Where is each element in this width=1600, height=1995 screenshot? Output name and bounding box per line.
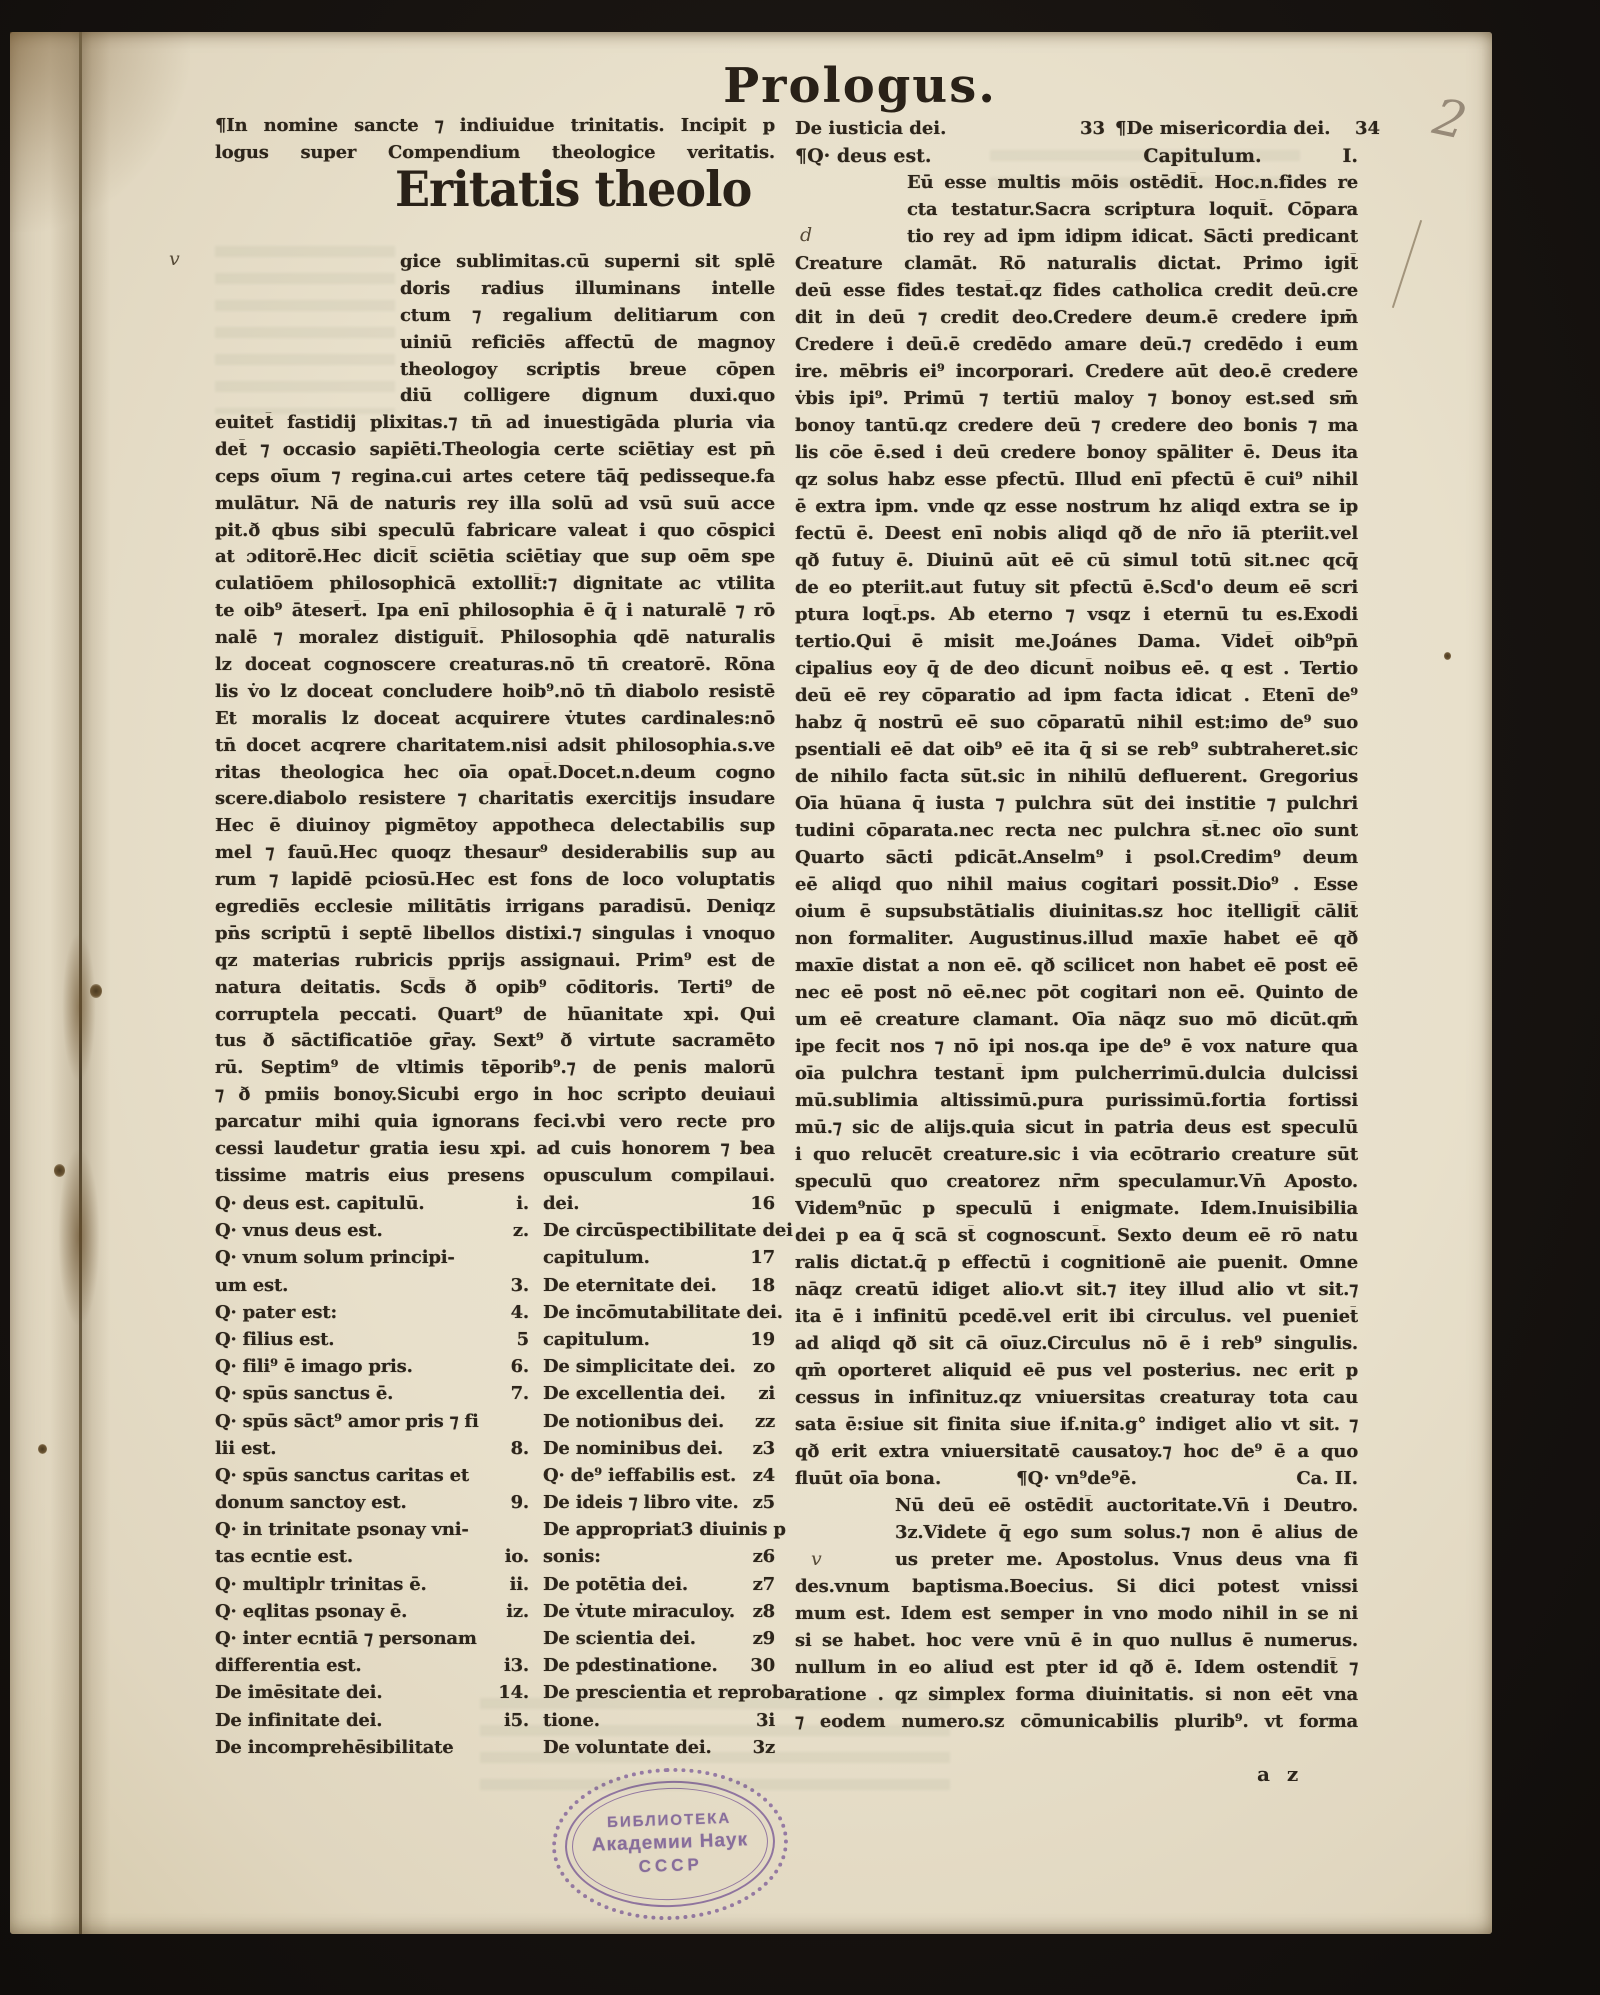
text-line: nalē ⁊ moralez distiguit̄. Philosophia q… [215, 627, 775, 654]
index-entry: De excellentia dei. [529, 1383, 735, 1410]
index-chapter-number: z9 [735, 1628, 775, 1655]
wormhole [38, 1444, 47, 1454]
index-row: lii est.8.De nominibus dei.z3 [215, 1438, 775, 1465]
index-row: Q· spūs sanctus ē.7.De excellentia dei.z… [215, 1383, 775, 1410]
stamp-line-3: СССР [592, 1854, 749, 1879]
index-entry: De incōmutabilitate dei. [529, 1302, 735, 1329]
text-line: lz doceat cognoscere creaturas.nō tn̄ cr… [215, 654, 775, 681]
chapter-2-heading-row: fluūt oīa bona. ¶Q· vn⁹de⁹ē. Ca. II. [795, 1468, 1358, 1495]
index-entry: dei. [529, 1193, 735, 1220]
index-chapter-number: io. [483, 1546, 529, 1573]
index-entry: De iusticia dei. [795, 118, 1020, 145]
text-line: Oīa hūana q̄ iusta ⁊ pulchra sūt dei ins… [795, 793, 1358, 820]
index-entry: De incomprehēsibilitate [215, 1737, 483, 1764]
chapter-number: I. [1310, 145, 1358, 172]
index-entry: donum sanctoy est. [215, 1492, 483, 1519]
text-line: te oib⁹ ātesert̄. Ipa enī philosophia ē … [215, 600, 775, 627]
index-chapter-number: 33 [1020, 118, 1105, 145]
stamp-line-2: Академии Наук [592, 1830, 749, 1857]
index-chapter-number: i. [483, 1193, 529, 1220]
index-entry: Q· filius est. [215, 1329, 483, 1356]
text-line: non formaliter. Augustinus.illud maxīe h… [795, 928, 1358, 955]
index-entry: Q· in trinitate psonay vni- [215, 1519, 483, 1546]
index-chapter-number [735, 1519, 775, 1546]
index-chapter-number [735, 1302, 775, 1329]
text-line: cipalius eoy q̄ de deo dicunt̄ noibus eē… [795, 658, 1358, 685]
index-chapter-number: 14. [483, 1682, 529, 1709]
text-line: oium ē supsubstātialis diuinitas.sz hoc … [795, 901, 1358, 928]
text-line: i quo relucēt creature.sic i via ecōtrar… [795, 1144, 1358, 1171]
index-chapter-number [483, 1411, 529, 1438]
text-line: bonoy tantū.qz credere deū ⁊ credere deo… [795, 415, 1358, 442]
text-line: ad aliqd qð sit cā oīuz.Circulus nō ē i … [795, 1333, 1358, 1360]
index-entry: lii est. [215, 1438, 483, 1465]
index-entry: sonis: [529, 1546, 735, 1573]
text-line: deū eē rey cōparatio ad ipm facta idicat… [795, 685, 1358, 712]
index-row: Q· in trinitate psonay vni-De appropriat… [215, 1519, 775, 1546]
book-page: Prologus. 2 ¶In nomine sancte ⁊ indiuidu… [10, 32, 1492, 1934]
index-row: Q· multiplr trinitas ē.ii.De potētia dei… [215, 1574, 775, 1601]
index-chapter-number: 34 [1355, 118, 1380, 145]
stamp-line-1: БИБЛИОТЕКА [591, 1809, 748, 1832]
paper-speck [1444, 652, 1451, 660]
text-line: ē extra ipm. vnde qz esse nostrum hz ali… [795, 496, 1358, 523]
text-line: Quarto sācti pdicāt.Anselm⁹ i psol.Credi… [795, 847, 1358, 874]
index-row: Q· vnum solum principi-capitulum.17 [215, 1247, 775, 1274]
guide-letter-v: v [811, 1548, 822, 1570]
index-row: Q· fili⁹ ē imago pris.6.De simplicitate … [215, 1356, 775, 1383]
text-line: ratione . qz simplex forma diuinitatis. … [795, 1684, 1358, 1711]
text-line: ritas theologica hec oīa opat̄.Docet.n.d… [215, 762, 775, 789]
index-chapter-number [735, 1220, 775, 1247]
stamp-serrated-border: БИБЛИОТЕКА Академии Наук СССР [549, 1764, 790, 1924]
text-line: ire. mēbris ei⁹ incorporari. Credere aūt… [795, 361, 1358, 388]
index-entry: De v̇tute miraculoy. [529, 1601, 735, 1628]
text-line: speculū quo creatorez nr̄m speculamur.Vn… [795, 1171, 1358, 1198]
crease-damage-blot [58, 1147, 100, 1327]
index-continuation-row: De iusticia dei. 33 ¶De misericordia dei… [795, 118, 1358, 145]
chapter-index: Q· deus est. capitulū.i.dei.16Q· vnus de… [215, 1193, 775, 1764]
text-line: Videm⁹nūc p speculū i enigmate. Idem.Inu… [795, 1198, 1358, 1225]
text-line: tus ð sāctificatiōe gr̄ay. Sext⁹ ð virtu… [215, 1030, 775, 1057]
index-entry: De potētia dei. [529, 1574, 735, 1601]
index-row: Q· filius est.5capitulum.19 [215, 1329, 775, 1356]
text-line: oīa pulchra testant̄ ipm pulcherrimū.dul… [795, 1063, 1358, 1090]
index-entry: De simplicitate dei. [529, 1356, 735, 1383]
index-entry: De notionibus dei. [529, 1411, 735, 1438]
text-line: Nū deū eē ostēdit̄ auctoritate.Vn̄ i Deu… [895, 1495, 1358, 1522]
index-entry: De ideis ⁊ libro vite. [529, 1492, 735, 1519]
index-row: Q· inter ecntiā ⁊ personamDe scientia de… [215, 1628, 775, 1655]
text-line: qð erit extra vniuersitatē causatoy.⁊ ho… [795, 1441, 1358, 1468]
text-line: Creature clamāt. Rō naturalis dictat. Pr… [795, 253, 1358, 280]
index-chapter-number [483, 1628, 529, 1655]
index-chapter-number: z. [483, 1220, 529, 1247]
text-line: diū colligere dignum duxi.quo [400, 385, 775, 412]
crease-damage-blot [62, 932, 96, 1082]
chapter-title: ¶Q· deus est. [795, 145, 1095, 172]
guide-letter-d: d [800, 224, 812, 246]
index-chapter-number: 17 [735, 1247, 775, 1274]
text-line: habz q̄ nostrū eē suo cōparatū nihil est… [795, 712, 1358, 739]
text-line: gice sublimitas.cū superni sit splē [400, 251, 775, 278]
text-line: Hec ē diuinoy pigmētoy appotheca delecta… [215, 815, 775, 842]
text-line: lis v̇o lz doceat concludere hoib⁹.nō tn… [215, 681, 775, 708]
opening-display-word: Eritatis theolo [395, 161, 751, 218]
index-chapter-number: z3 [735, 1438, 775, 1465]
index-chapter-number: 5 [483, 1329, 529, 1356]
text-line: dei p ea q̄ scā st̄ cognoscunt̄. Sexto d… [795, 1225, 1358, 1252]
index-chapter-number: i5. [483, 1710, 529, 1737]
text-line: Et moralis lz doceat acquirere v̇tutes c… [215, 708, 775, 735]
index-row: Q· spūs sanctus caritas etQ· de⁹ ieffabi… [215, 1465, 775, 1492]
text-line: de nihilo facta sūt.sic in nihilū deflue… [795, 766, 1358, 793]
index-chapter-number [483, 1465, 529, 1492]
stamp-inner-ring: БИБЛИОТЕКА Академии Наук СССР [570, 1785, 770, 1904]
text-line: ralis dictat.q̄ p effectū i cognitionē a… [795, 1252, 1358, 1279]
text-line: qð futuy ē. Diuinū aūt eē cū simul totū … [795, 550, 1358, 577]
binding-crease [79, 32, 82, 1934]
index-chapter-number [483, 1737, 529, 1764]
index-chapter-number: z7 [735, 1574, 775, 1601]
text-line: nāqz creatū idiget alio.vt sit.⁊ itey il… [795, 1279, 1358, 1306]
text-line: scere.diabolo resistere ⁊ charitatis exe… [215, 788, 775, 815]
text-line: 3z.Videte q̄ ego sum solus.⁊ non ē alius… [895, 1522, 1358, 1549]
text-line: uiniū reficiēs affectū de magnoy [400, 332, 775, 359]
text-line: tn̄ docet acqrere charitatem.nisi adsit … [215, 735, 775, 762]
text-line: cta testatur.Sacra scriptura loquit̄. Cō… [907, 199, 1358, 226]
text-line: ctum ⁊ regalium delitiarum con [400, 305, 775, 332]
index-entry: De nominibus dei. [529, 1438, 735, 1465]
index-entry: capitulum. [529, 1247, 735, 1274]
index-entry: Q· vnus deus est. [215, 1220, 483, 1247]
left-text-column: ¶In nomine sancte ⁊ indiuidue trinitatis… [215, 32, 775, 1934]
index-chapter-number: 3i [735, 1710, 775, 1737]
guide-letter-v: v [169, 248, 180, 270]
index-entry: Q· fili⁹ ē imago pris. [215, 1356, 483, 1383]
text-line: qz materias rubricis pprijs assignaui. P… [215, 950, 775, 977]
index-chapter-number: zz [735, 1411, 775, 1438]
index-entry: De voluntate dei. [529, 1737, 735, 1764]
text-line: culatiōem philosophicā extollit̄:⁊ digni… [215, 573, 775, 600]
index-chapter-number: z5 [735, 1492, 775, 1519]
text-line: Credere i deū.ē credēdo amare deū.⁊ cred… [795, 334, 1358, 361]
text-line: de eo pteriit.aut futuy sit pfectū ē.Scd… [795, 577, 1358, 604]
index-entry: differentia est. [215, 1655, 483, 1682]
text-line: mū.⁊ sic de alijs.quia sicut in patria d… [795, 1117, 1358, 1144]
index-chapter-number: iz. [483, 1601, 529, 1628]
index-row: Q· pater est:4.De incōmutabilitate dei. [215, 1302, 775, 1329]
index-entry: Q· vnum solum principi- [215, 1247, 483, 1274]
prologue-body-lines: euitet̄ fastidij plixitas.⁊ tn̄ ad inues… [215, 412, 775, 1192]
index-chapter-number: 19 [735, 1329, 775, 1356]
index-chapter-number [483, 1247, 529, 1274]
text-line: natura deitatis. Scd̄s ð opib⁹ cōditoris… [215, 977, 775, 1004]
index-chapter-number: zi [735, 1383, 775, 1410]
index-row: De infinitate dei.i5.tione.3i [215, 1710, 775, 1737]
index-entry: tas ecntie est. [215, 1546, 483, 1573]
text-line: mū.sublimia altissimū.pura purissimū.for… [795, 1090, 1358, 1117]
index-row: Q· vnus deus est.z.De circūspectibilitat… [215, 1220, 775, 1247]
text-line: cessus in infinituz.qz vniuersitas creat… [795, 1387, 1358, 1414]
text-line: ⁊ eodem numero.sz cōmunicabilis plurib⁹.… [795, 1711, 1358, 1738]
index-entry: Q· spūs sanctus ē. [215, 1383, 483, 1410]
text-line: eē aliqd quo nihil maius cogitari possit… [795, 874, 1358, 901]
text-line: lis cōe ē.sed i deū credere bonoy spālit… [795, 442, 1358, 469]
text-line: Eū esse multis mōis ostēdit̄. Hoc.n.fide… [907, 172, 1358, 199]
binding-gutter-shadow [50, 32, 110, 1934]
text-line: pn̄s scriptū i septē libellos distixi.⁊ … [215, 923, 775, 950]
stamp-outer-ring: БИБЛИОТЕКА Академии Наук СССР [563, 1777, 777, 1910]
index-row: Q· eqlitas psonay ē.iz.De v̇tute miracul… [215, 1601, 775, 1628]
text-line: si se habet. hoc vere vnū ē in quo nullu… [795, 1630, 1358, 1657]
wormhole [54, 1164, 65, 1177]
chapter-1-body-lines: Creature clamāt. Rō naturalis dictat. Pr… [795, 253, 1358, 1468]
chapter-2-indented-lines: Nū deū eē ostēdit̄ auctoritate.Vn̄ i Deu… [895, 1495, 1358, 1576]
chapter-1-heading: ¶Q· deus est. Capitulum. I. [795, 145, 1358, 172]
index-entry: capitulum. [529, 1329, 735, 1356]
index-row: donum sanctoy est.9.De ideis ⁊ libro vit… [215, 1492, 775, 1519]
index-chapter-number: zo [735, 1356, 775, 1383]
library-stamp: БИБЛИОТЕКА Академии Наук СССР [549, 1764, 790, 1924]
text-line: mel ⁊ fauū.Hec quoqz thesaur⁹ desiderabi… [215, 842, 775, 869]
text-line: tertio.Qui ē misit me.Joánes Dama. Videt… [795, 631, 1358, 658]
text-line: corruptela peccati. Quart⁹ de hūanitate … [215, 1004, 775, 1031]
text-line: ptura loqt̄.ps. Ab eterno ⁊ vsqz i etern… [795, 604, 1358, 631]
text-line: dit in deū ⁊ credit deo.Credere deum.ē c… [795, 307, 1358, 334]
text-line: parcatur mihi quia ignorans feci.vbi ver… [215, 1111, 775, 1138]
signature-mark: a z [1257, 1762, 1298, 1786]
text-line: qm̄ oporteret aliquid eē pus vel posteri… [795, 1360, 1358, 1387]
text-line: rum ⁊ lapidē pciosū.Hec est fons de loco… [215, 869, 775, 896]
index-entry: Q· de⁹ ieffabilis est. [529, 1465, 735, 1492]
index-row: De incomprehēsibilitateDe voluntate dei.… [215, 1737, 775, 1764]
chapter-title: ¶Q· vn⁹de⁹ē. [990, 1468, 1163, 1495]
text-line: deū esse fides testat̄.qz fides catholic… [795, 280, 1358, 307]
index-entry: De imēsitate dei. [215, 1682, 483, 1709]
index-entry: Q· eqlitas psonay ē. [215, 1601, 483, 1628]
index-chapter-number: i3. [483, 1655, 529, 1682]
text-line: pit.ð qbus sibi speculū fabricare valeat… [215, 520, 775, 547]
text-line: tudini cōparata.nec recta nec pulchra st… [795, 820, 1358, 847]
text-line: tissime matris eius presens opusculum co… [215, 1165, 775, 1192]
text-line: ¶In nomine sancte ⁊ indiuidue trinitatis… [215, 115, 775, 142]
index-entry: Q· spūs sanctus caritas et [215, 1465, 483, 1492]
page-corner-stain [10, 32, 190, 232]
index-chapter-number: ii. [483, 1574, 529, 1601]
index-row: Q· spūs sāct⁹ amor pris ⁊ fiDe notionibu… [215, 1411, 775, 1438]
text-line: at ɔditorē.Hec dicit̄ sciētia sciētiay q… [215, 546, 775, 573]
index-entry: De scientia dei. [529, 1628, 735, 1655]
index-chapter-number: 4. [483, 1302, 529, 1329]
text-line: psentiali eē dat oib⁹ eē ita q̄ si se re… [795, 739, 1358, 766]
text-line: ⁊ ð pmiis bonoy.Sicubi ergo in hoc scrip… [215, 1084, 775, 1111]
index-entry: Q· spūs sāct⁹ amor pris ⁊ fi [215, 1411, 483, 1438]
index-entry: Q· inter ecntiā ⁊ personam [215, 1628, 483, 1655]
text-line: qz solus habz esse pfectū. Illud enī pfe… [795, 469, 1358, 496]
text-line: cessi laudetur gratia iesu xpi. ad cuis … [215, 1138, 775, 1165]
index-entry: Q· multiplr trinitas ē. [215, 1574, 483, 1601]
text-line: mulātur. Nā de naturis rey illa solū ad … [215, 493, 775, 520]
index-entry: De circūspectibilitate dei [529, 1220, 735, 1247]
text-line: fectū ē. Deest enī nobis aliqd qð de nr̄… [795, 523, 1358, 550]
folio-number-handwritten: 2 [1428, 87, 1471, 150]
index-row: tas ecntie est.io.sonis:z6 [215, 1546, 775, 1573]
text-line: sata ē:siue sit finita siue if.nita.g° i… [795, 1414, 1358, 1441]
text-line: theologoy scriptis breue cōpen [400, 359, 775, 386]
index-row: um est.3.De eternitate dei.18 [215, 1275, 775, 1302]
chapter-label: Capitulum. [1095, 145, 1310, 172]
chapter-1-indented-lines: Eū esse multis mōis ostēdit̄. Hoc.n.fide… [907, 172, 1358, 253]
index-chapter-number: 30 [735, 1655, 775, 1682]
index-chapter-number: 3. [483, 1275, 529, 1302]
index-row: Q· deus est. capitulū.i.dei.16 [215, 1193, 775, 1220]
index-chapter-number: 9. [483, 1492, 529, 1519]
index-chapter-number [735, 1682, 775, 1709]
text-line: det̄ ⁊ occasio sapiēti.Theologia certe s… [215, 439, 775, 466]
text-line: mum est. Idem est semper in vno modo nih… [795, 1603, 1358, 1630]
index-entry: De prescientia et reproba [529, 1682, 735, 1709]
index-entry: De appropriat3 diuinis p [529, 1519, 735, 1546]
text-line: um eē creature clamant. Oīa nāqz suo mō … [795, 1009, 1358, 1036]
paragraph-end-text: fluūt oīa bona. [795, 1468, 990, 1495]
index-row: differentia est.i3.De pdestinatione.30 [215, 1655, 775, 1682]
index-chapter-number: 6. [483, 1356, 529, 1383]
prologue-indented-lines: gice sublimitas.cū superni sit splēdoris… [400, 251, 775, 412]
text-line: rū. Septim⁹ de vltimis tēporib⁹.⁊ de pen… [215, 1057, 775, 1084]
index-chapter-number: 7. [483, 1383, 529, 1410]
index-chapter-number [483, 1519, 529, 1546]
paper-scratch [1392, 220, 1422, 308]
right-text-column: De iusticia dei. 33 ¶De misericordia dei… [795, 32, 1358, 1934]
chapter-number: Ca. II. [1163, 1468, 1358, 1495]
text-line: ceps oīum ⁊ regina.cui artes cetere tāq̄… [215, 466, 775, 493]
text-line: des.vnum baptisma.Boecius. Si dici potes… [795, 1576, 1358, 1603]
text-line: doris radius illuminans intelle [400, 278, 775, 305]
index-entry: tione. [529, 1710, 735, 1737]
text-line: ipe fecit nos ⁊ nō ipi nos.qa ipe de⁹ ē … [795, 1036, 1358, 1063]
index-chapter-number: 8. [483, 1438, 529, 1465]
text-line: egrediēs ecclesie militātis irrigans par… [215, 896, 775, 923]
index-chapter-number: z8 [735, 1601, 775, 1628]
index-entry: Q· pater est: [215, 1302, 483, 1329]
text-line: us preter me. Apostolus. Vnus deus vna f… [895, 1549, 1358, 1576]
text-line: nec eē post nō eē.nec pōt cogitari non e… [795, 982, 1358, 1009]
wormhole [90, 984, 102, 998]
index-entry: Q· deus est. capitulū. [215, 1193, 483, 1220]
text-line: maxīe distat a non eē. qð scilicet non h… [795, 955, 1358, 982]
index-chapter-number: z4 [735, 1465, 775, 1492]
index-chapter-number: 16 [735, 1193, 775, 1220]
index-entry: De infinitate dei. [215, 1710, 483, 1737]
index-row: De imēsitate dei.14.De prescientia et re… [215, 1682, 775, 1709]
index-entry: De pdestinatione. [529, 1655, 735, 1682]
text-line: euitet̄ fastidij plixitas.⁊ tn̄ ad inues… [215, 412, 775, 439]
text-line: v̇bis ipi⁹. Primū ⁊ tertiū maloy ⁊ bonoy… [795, 388, 1358, 415]
index-entry: De eternitate dei. [529, 1275, 735, 1302]
stamp-text: БИБЛИОТЕКА Академии Наук СССР [591, 1809, 749, 1878]
index-chapter-number: 18 [735, 1275, 775, 1302]
text-line: ita ē i infinitū pcedē.vel erit ibi circ… [795, 1306, 1358, 1333]
index-entry: ¶De misericordia dei. [1105, 118, 1355, 145]
text-line: nullum in eo aliud est pter id qð ē. Ide… [795, 1657, 1358, 1684]
chapter-2-body-lines: des.vnum baptisma.Boecius. Si dici potes… [795, 1576, 1358, 1738]
index-chapter-number: z6 [735, 1546, 775, 1573]
text-line: tio rey ad ipm idipm idicat. Sācti predi… [907, 226, 1358, 253]
index-entry: um est. [215, 1275, 483, 1302]
index-chapter-number: 3z [735, 1737, 775, 1764]
